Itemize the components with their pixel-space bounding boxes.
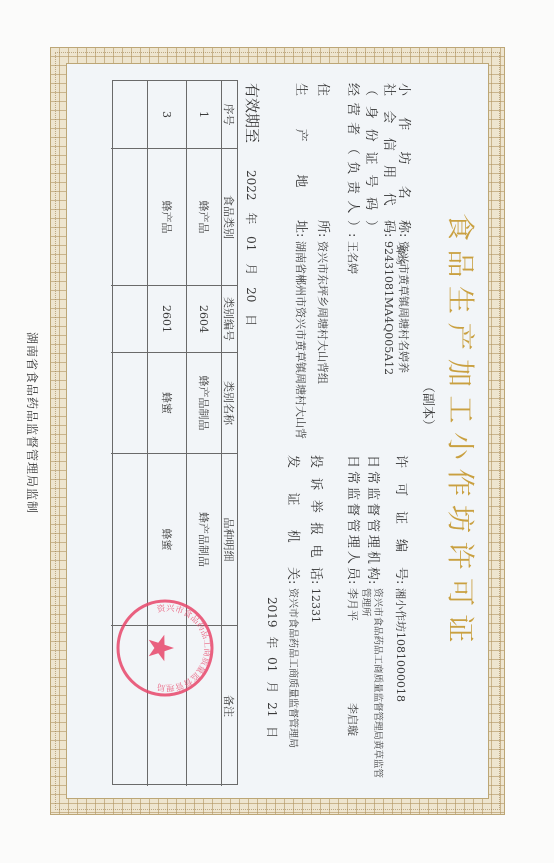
table-cell: 2601 — [147, 286, 186, 353]
label-char: 号 — [362, 174, 378, 187]
label-char: 理 — [344, 535, 360, 548]
label-char: 员 — [344, 567, 360, 580]
field-value: 湖南省郴州市资兴市黄草镇周塘村大山背 — [292, 241, 308, 439]
field-value: 92431081MA4Q005A12 — [380, 241, 396, 375]
label-char: 投 — [307, 455, 323, 468]
valid-until-date: 2022 年 01 月 20 日 — [243, 170, 259, 326]
label-char: 社 — [380, 83, 396, 96]
supervisor-footer: 湖南省食品药品监督管理局监制 — [24, 332, 40, 514]
label-char: 会 — [380, 110, 396, 123]
label-char: 机 — [364, 551, 380, 564]
label-char: 份 — [362, 129, 378, 142]
field-value: 12331 — [307, 588, 323, 623]
label-char: 诉 — [307, 477, 323, 490]
label-char: 编 — [392, 539, 408, 552]
label-char: 号 — [392, 567, 408, 580]
label-char: 经 — [344, 83, 360, 96]
label-char: 许 — [392, 455, 408, 468]
issue-date: 2019 年 01 月 21 日 — [264, 597, 280, 738]
field-value: 李月平 — [344, 588, 360, 621]
supervision-agency-line2: 管理所 — [360, 588, 371, 617]
field-label: 日常监督管理机构 — [364, 455, 380, 580]
table-cell: 1 — [186, 81, 221, 149]
colon: : — [307, 580, 323, 588]
label-char: 话 — [307, 567, 323, 580]
label-char: ） — [362, 220, 378, 233]
label-char: 证 — [362, 151, 378, 164]
label-char: 码 — [362, 197, 378, 210]
copy-marker: （副本） — [419, 380, 435, 432]
label-char: 码 — [380, 220, 396, 233]
table-cell: 蜂蜜 — [147, 353, 186, 454]
table-header: 食品类别 — [221, 149, 237, 286]
label-char: 营 — [344, 103, 360, 116]
table-cell-empty — [111, 149, 147, 286]
label-char: 负 — [344, 161, 360, 174]
label-char: 所 — [314, 220, 330, 233]
label-char: ） — [344, 220, 360, 233]
table-header: 品种明细 — [221, 454, 237, 626]
colon: : — [392, 580, 408, 588]
label-char: 日 — [364, 455, 380, 468]
label-char: 址 — [292, 220, 308, 233]
certificate-title: 食品生产加工小作坊许可证 — [443, 213, 477, 651]
field-operator: 经营者（负责人） : 王名婷 — [344, 83, 360, 274]
label-char: 用 — [380, 165, 396, 178]
label-char: 作 — [395, 117, 411, 130]
table-header: 类别名称 — [221, 353, 237, 454]
field-label: 日常监督管理人员 — [344, 455, 360, 580]
label-char: 小 — [395, 83, 411, 96]
field-id-number: （身份证号码） — [362, 83, 378, 233]
colon: : — [292, 233, 308, 241]
label-char: 督 — [364, 503, 380, 516]
field-complaint-hotline: 投诉举报电话 : 12331 — [307, 455, 323, 623]
label-char: 地 — [292, 174, 308, 187]
field-production-address: 生产地址 : 湖南省郴州市资兴市黄草镇周塘村大山背 — [292, 83, 308, 439]
field-credit-code: 社会信用代码 : 92431081MA4Q005A12 — [380, 83, 396, 375]
field-residence: 住所 : 资兴市东坪乡周塘村大山背组 — [314, 83, 330, 384]
field-label: 许可证编号 — [392, 455, 408, 580]
colon: : — [314, 233, 330, 241]
label-char: 报 — [307, 522, 323, 535]
label-char: 身 — [362, 106, 378, 119]
field-label: 住所 — [314, 83, 330, 233]
field-license-number: 许可证编号 : 湘小作坊1081000018 — [392, 455, 408, 702]
label-char: 常 — [364, 471, 380, 484]
certificate-document: 食品生产加工小作坊许可证 （副本） 小作坊名称 : 资兴市黄草镇周塘村名婷养 蜂… — [0, 0, 554, 863]
table-cell-empty — [111, 353, 147, 454]
label-char: 人 — [344, 200, 360, 213]
field-label: 生产地址 — [292, 83, 308, 233]
label-char: 常 — [344, 471, 360, 484]
colon: : — [344, 233, 360, 241]
label-char: （ — [362, 83, 378, 96]
label-char: 督 — [344, 503, 360, 516]
table-header: 备注 — [221, 626, 237, 786]
label-char: 举 — [307, 500, 323, 513]
official-seal: 资兴市食品药品工商质量监督管理局 — [115, 598, 215, 698]
label-char: 者 — [344, 122, 360, 135]
label-char: 监 — [344, 487, 360, 500]
supervision-agency-line1: 资兴市食品药品工商质量监督管理局黄草监管 — [372, 588, 383, 778]
label-char: 关 — [284, 567, 300, 580]
field-label: 投诉举报电话 — [307, 455, 323, 580]
colon: : — [284, 580, 300, 588]
field-value: 王名婷 — [344, 241, 360, 274]
label-char: 监 — [364, 487, 380, 500]
label-char: 构 — [364, 567, 380, 580]
field-value: 资兴市东坪乡周塘村大山背组 — [314, 241, 330, 384]
table-header: 类别编号 — [221, 286, 237, 353]
star-icon — [149, 635, 174, 662]
label-char: 电 — [307, 545, 323, 558]
colon: : — [344, 580, 360, 588]
label-char: 坊 — [395, 151, 411, 164]
label-char: 发 — [284, 455, 300, 468]
label-char: 责 — [344, 181, 360, 194]
field-issuing-authority: 发证机关 : 资兴市食品药品工商质量监督管理局 — [284, 455, 300, 748]
table-cell: 蜂产品 — [147, 149, 186, 286]
table-cell: 2604 — [186, 286, 221, 353]
field-supervision-agency: 日常监督管理机构 : — [364, 455, 380, 588]
label-char: 称 — [395, 220, 411, 233]
supervision-staff-second: 李启璇 — [344, 703, 360, 736]
field-value: 湘小作坊1081000018 — [392, 588, 408, 702]
field-label: 经营者（负责人） — [344, 83, 360, 233]
label-char: 证 — [392, 511, 408, 524]
label-char: 日 — [344, 455, 360, 468]
table-cell: 蜂产品 — [186, 149, 221, 286]
label-char: 信 — [380, 138, 396, 151]
table-header: 序号 — [221, 81, 237, 149]
valid-until-label: 有效期至 — [243, 83, 261, 143]
label-char: （ — [344, 142, 360, 155]
table-cell-empty — [111, 81, 147, 149]
label-char: 管 — [364, 519, 380, 532]
label-char: 可 — [392, 483, 408, 496]
label-char: 理 — [364, 535, 380, 548]
table-cell-empty — [111, 286, 147, 353]
label-char: 代 — [380, 193, 396, 206]
label-char: 管 — [344, 519, 360, 532]
label-char: 住 — [314, 83, 330, 96]
colon: : — [380, 233, 396, 241]
field-label: 社会信用代码 — [380, 83, 396, 233]
field-workshop-name: 小作坊名称 : 资兴市黄草镇周塘村名婷养 — [395, 83, 411, 373]
table-cell: 3 — [147, 81, 186, 149]
field-label: 发证机关 — [284, 455, 300, 580]
table-cell: 蜂产品制品 — [186, 353, 221, 454]
field-label: 小作坊名称 — [395, 83, 411, 233]
label-char: 机 — [284, 530, 300, 543]
field-label: （身份证号码） — [362, 83, 378, 233]
colon: : — [395, 233, 411, 241]
label-char: 人 — [344, 551, 360, 564]
field-supervision-staff: 日常监督管理人员 : 李月平 — [344, 455, 360, 621]
label-char: 产 — [292, 129, 308, 142]
field-value: 资兴市食品药品工商质量监督管理局 — [284, 588, 300, 748]
label-char: 名 — [395, 186, 411, 199]
label-char: 生 — [292, 83, 308, 96]
colon: : — [364, 580, 380, 588]
label-char: 证 — [284, 492, 300, 505]
